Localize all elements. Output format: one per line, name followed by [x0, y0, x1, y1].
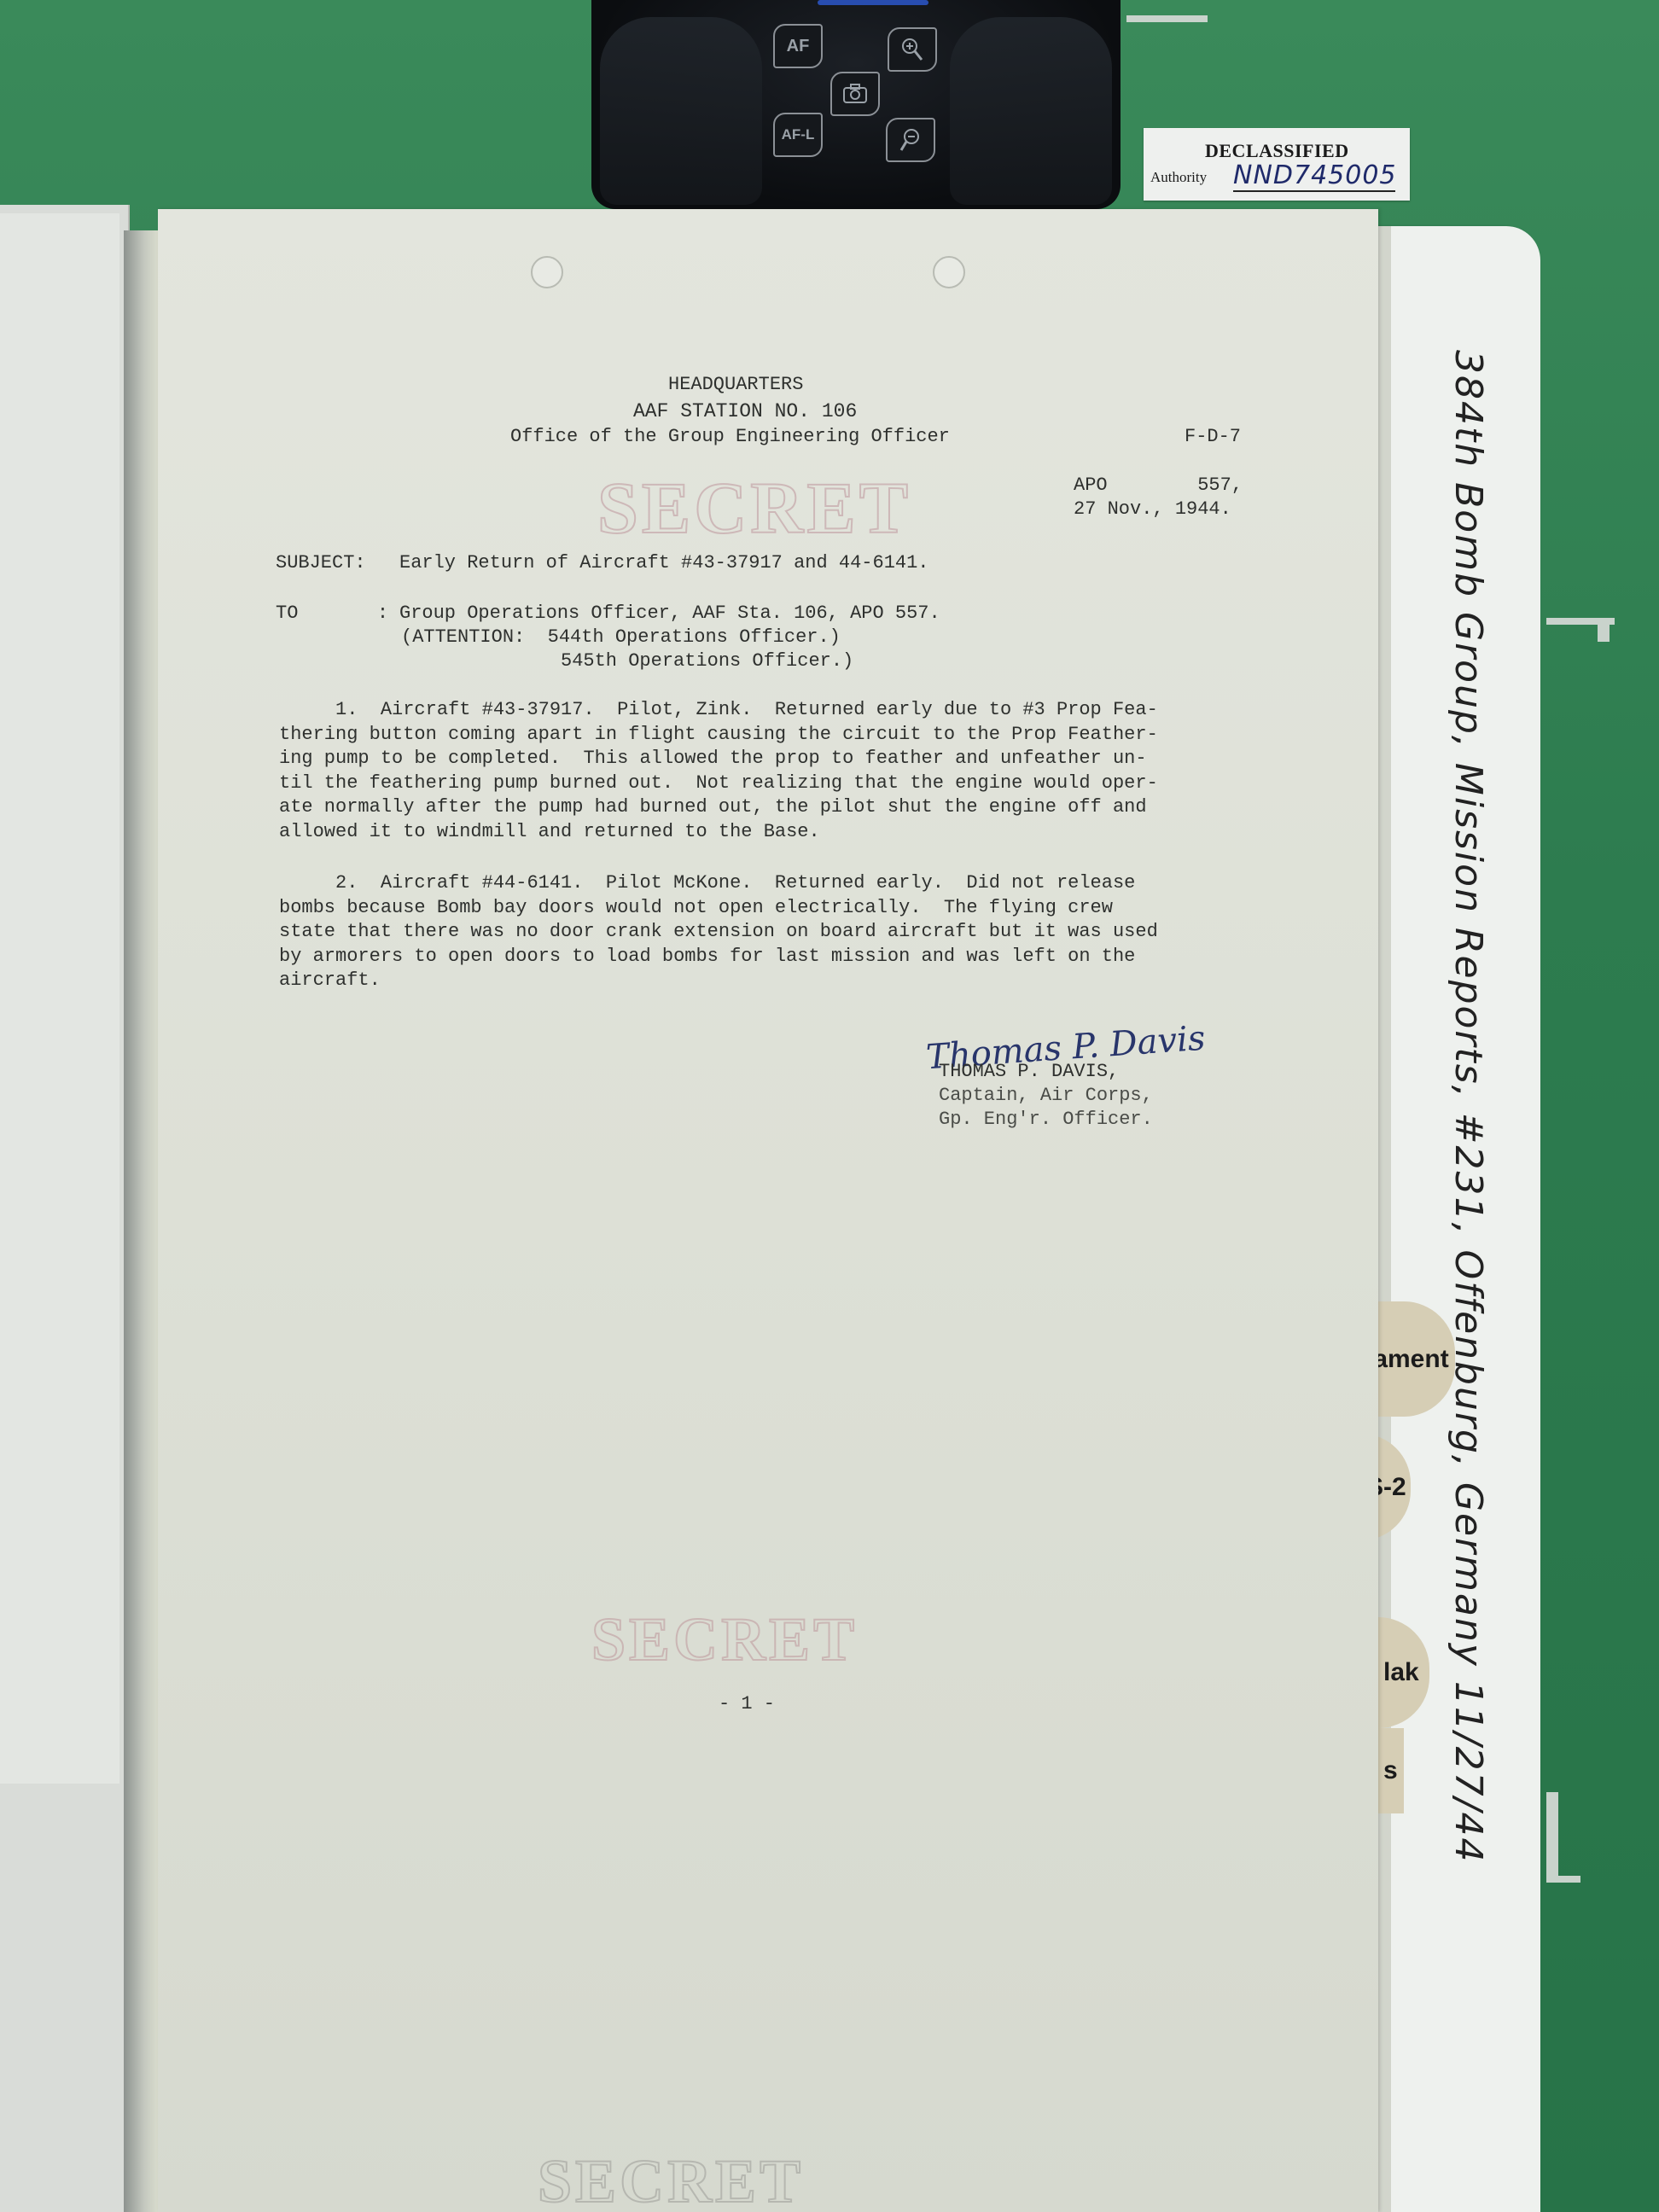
board-marking [1126, 15, 1208, 22]
authority-label: Authority [1150, 169, 1207, 186]
stacked-papers-left-top [0, 213, 119, 1784]
declassified-title: DECLASSIFIED [1205, 140, 1349, 162]
camera-grip-right [950, 17, 1112, 205]
signature-rank: Captain, Air Corps, [939, 1084, 1153, 1108]
paragraph-line: til the feathering pump burned out. Not … [279, 771, 1158, 795]
file-code: F-D-7 [1185, 425, 1241, 449]
zoom-in-button[interactable] [888, 27, 937, 72]
signature-title: Gp. Eng'r. Officer. [939, 1108, 1153, 1132]
paragraph-line: 1. Aircraft #43-37917. Pilot, Zink. Retu… [279, 698, 1158, 722]
camera-grip-left [600, 17, 762, 205]
status-led [818, 0, 928, 5]
document-camera: AF AF-L [591, 0, 1121, 209]
header-line-1: HEADQUARTERS [668, 373, 803, 397]
attention-line-2: 545th Operations Officer.) [561, 649, 853, 673]
secret-stamp-next-page: SECRET [538, 2146, 804, 2212]
to-label: TO : [276, 602, 388, 626]
zoom-in-icon [899, 37, 925, 62]
subject-label: SUBJECT: [276, 551, 366, 575]
zoom-out-button[interactable] [886, 118, 935, 162]
apo-number: APO 557, [1074, 474, 1243, 498]
to-text: Group Operations Officer, AAF Sta. 106, … [399, 602, 940, 626]
document-date: 27 Nov., 1944. [1074, 498, 1231, 521]
zoom-out-icon [898, 127, 923, 153]
camera-shutter-icon [841, 82, 869, 106]
paragraph-line: ing pump to be completed. This allowed t… [279, 747, 1147, 771]
header-line-3: Office of the Group Engineering Officer [510, 425, 950, 449]
folder-tab-s[interactable]: s [1378, 1728, 1404, 1813]
folder-handwritten-label: 384th Bomb Group, Mission Reports, #231,… [1447, 350, 1490, 1863]
paragraph-line: allowed it to windmill and returned to t… [279, 820, 820, 844]
punch-hole [933, 256, 965, 288]
paragraph-line: state that there was no door crank exten… [279, 920, 1158, 944]
attention-line-1: (ATTENTION: 544th Operations Officer.) [401, 626, 841, 649]
autofocus-button[interactable]: AF [773, 24, 823, 68]
board-marking [1546, 1792, 1558, 1877]
declassified-label: DECLASSIFIED Authority NND745005 [1144, 128, 1410, 201]
punch-hole [531, 256, 563, 288]
paragraph-line: ate normally after the pump had burned o… [279, 795, 1147, 819]
paragraph-line: thering button coming apart in flight ca… [279, 723, 1158, 747]
signature-name: THOMAS P. DAVIS, [939, 1060, 1119, 1084]
board-marking [1598, 618, 1610, 642]
binder-edge [124, 230, 158, 2212]
paragraph-line: 2. Aircraft #44-6141. Pilot McKone. Retu… [279, 871, 1135, 895]
secret-stamp-top: SECRET [597, 465, 911, 550]
authority-number: NND745005 [1233, 160, 1395, 192]
paragraph-line: by armorers to open doors to load bombs … [279, 945, 1135, 969]
autofocus-lock-button[interactable]: AF-L [773, 113, 823, 157]
secret-stamp-bottom: SECRET [591, 1604, 858, 1675]
paragraph-line: aircraft. [279, 969, 381, 992]
page-number: - 1 - [719, 1692, 775, 1716]
capture-button[interactable] [830, 72, 880, 116]
paragraph-line: bombs because Bomb bay doors would not o… [279, 896, 1113, 920]
header-line-2: AAF STATION NO. 106 [633, 399, 857, 423]
subject-text: Early Return of Aircraft #43-37917 and 4… [399, 551, 929, 575]
